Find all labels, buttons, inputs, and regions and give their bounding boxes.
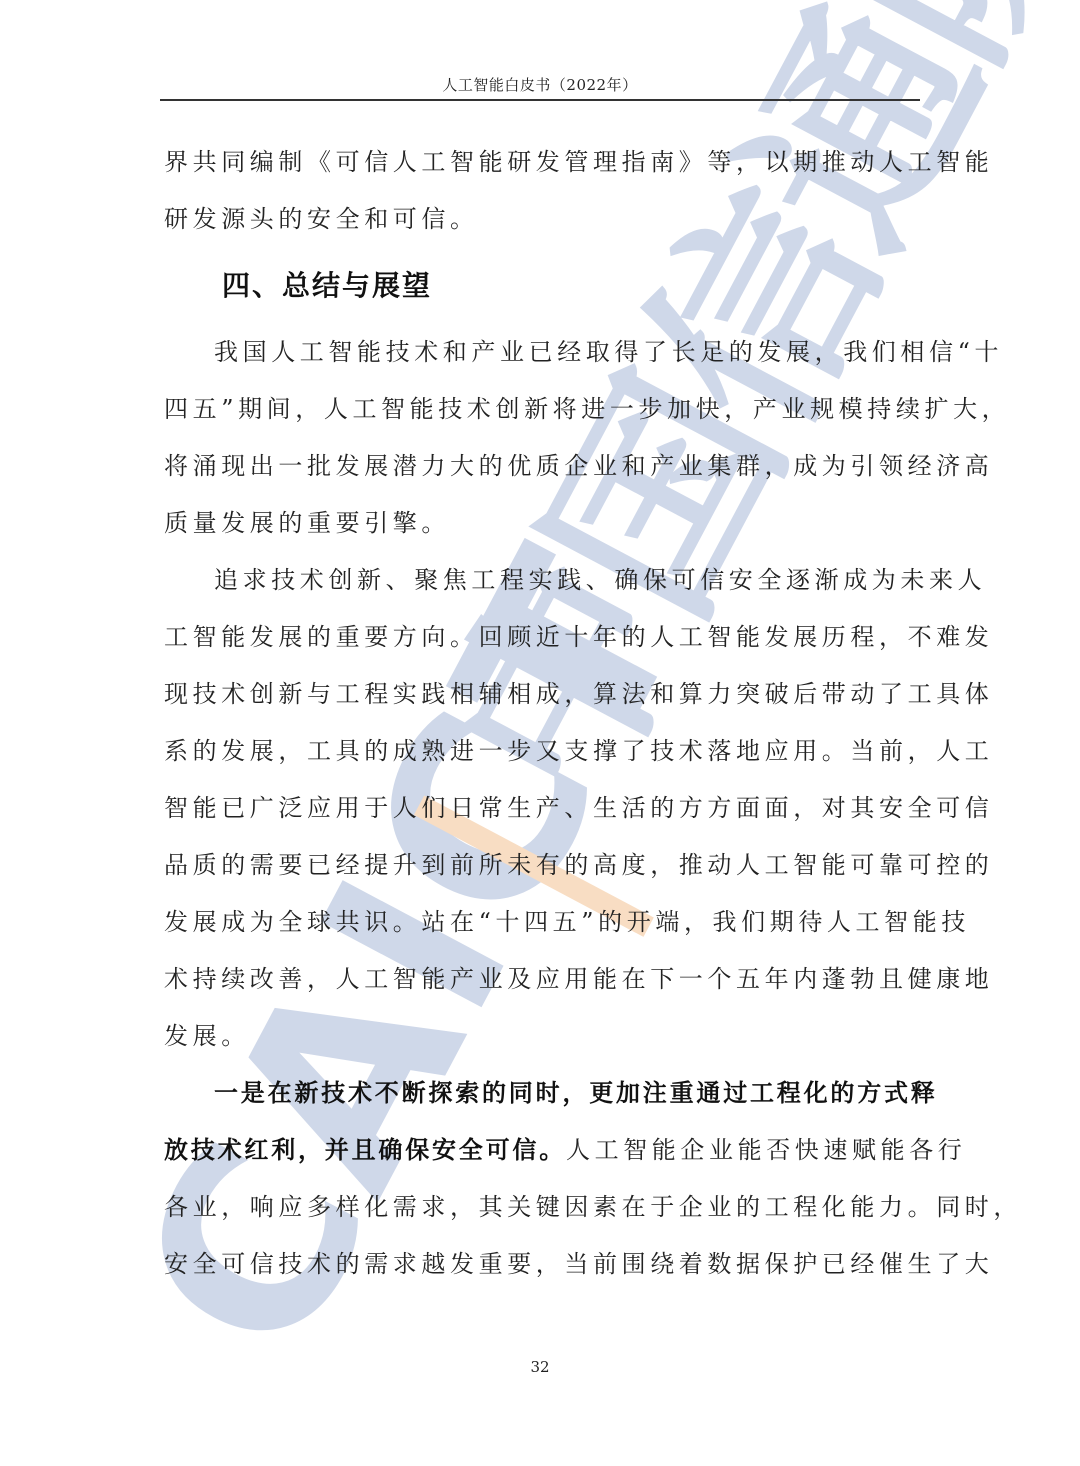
bold-lead-text: 一是在新技术不断探索的同时，更加注重通过工程化的方式释 <box>214 1079 938 1107</box>
text-line: 系的发展，工具的成熟进一步又支撑了技术落地应用。当前，人工 <box>164 723 908 780</box>
running-header: 人工智能白皮书（2022年） <box>160 74 920 95</box>
page-content: 界共同编制《可信人工智能研发管理指南》等，以期推动人工智能 研发源头的安全和可信… <box>164 134 908 1293</box>
text-line: 术持续改善，人工智能产业及应用能在下一个五年内蓬勃且健康地 <box>164 951 908 1008</box>
text-line: 研发源头的安全和可信。 <box>164 191 908 248</box>
header-divider <box>160 99 920 101</box>
text-line: 质量发展的重要引擎。 <box>164 495 908 552</box>
text-line: 工智能发展的重要方向。回顾近十年的人工智能发展历程，不难发 <box>164 609 908 666</box>
body-text: 人工智能企业能否快速赋能各行 <box>566 1136 966 1164</box>
page-number: 32 <box>0 1358 1080 1376</box>
text-line: 界共同编制《可信人工智能研发管理指南》等，以期推动人工智能 <box>164 134 908 191</box>
text-line: 现技术创新与工程实践相辅相成，算法和算力突破后带动了工具体 <box>164 666 908 723</box>
text-line: 放技术红利，并且确保安全可信。人工智能企业能否快速赋能各行 <box>164 1122 908 1179</box>
text-line: 一是在新技术不断探索的同时，更加注重通过工程化的方式释 <box>164 1065 908 1122</box>
text-line: 各业，响应多样化需求，其关键因素在于企业的工程化能力。同时， <box>164 1179 908 1236</box>
text-line: 安全可信技术的需求越发重要，当前围绕着数据保护已经催生了大 <box>164 1236 908 1293</box>
text-line: 我国人工智能技术和产业已经取得了长足的发展，我们相信“十 <box>164 324 908 381</box>
text-line: 发展成为全球共识。站在“十四五”的开端，我们期待人工智能技 <box>164 894 908 951</box>
section-heading: 四、总结与展望 <box>164 248 908 324</box>
text-line: 智能已广泛应用于人们日常生产、生活的方方面面，对其安全可信 <box>164 780 908 837</box>
text-line: 追求技术创新、聚焦工程实践、确保可信安全逐渐成为未来人 <box>164 552 908 609</box>
text-line: 将涌现出一批发展潜力大的优质企业和产业集群，成为引领经济高 <box>164 438 908 495</box>
document-page: CAICT 中国信通院 人工智能白皮书（2022年） 界共同编制《可信人工智能研… <box>0 0 1080 1466</box>
text-line: 品质的需要已经提升到前所未有的高度，推动人工智能可靠可控的 <box>164 837 908 894</box>
text-line: 四五”期间，人工智能技术创新将进一步加快，产业规模持续扩大， <box>164 381 908 438</box>
bold-lead-text: 放技术红利，并且确保安全可信。 <box>164 1136 566 1164</box>
text-line: 发展。 <box>164 1008 908 1065</box>
